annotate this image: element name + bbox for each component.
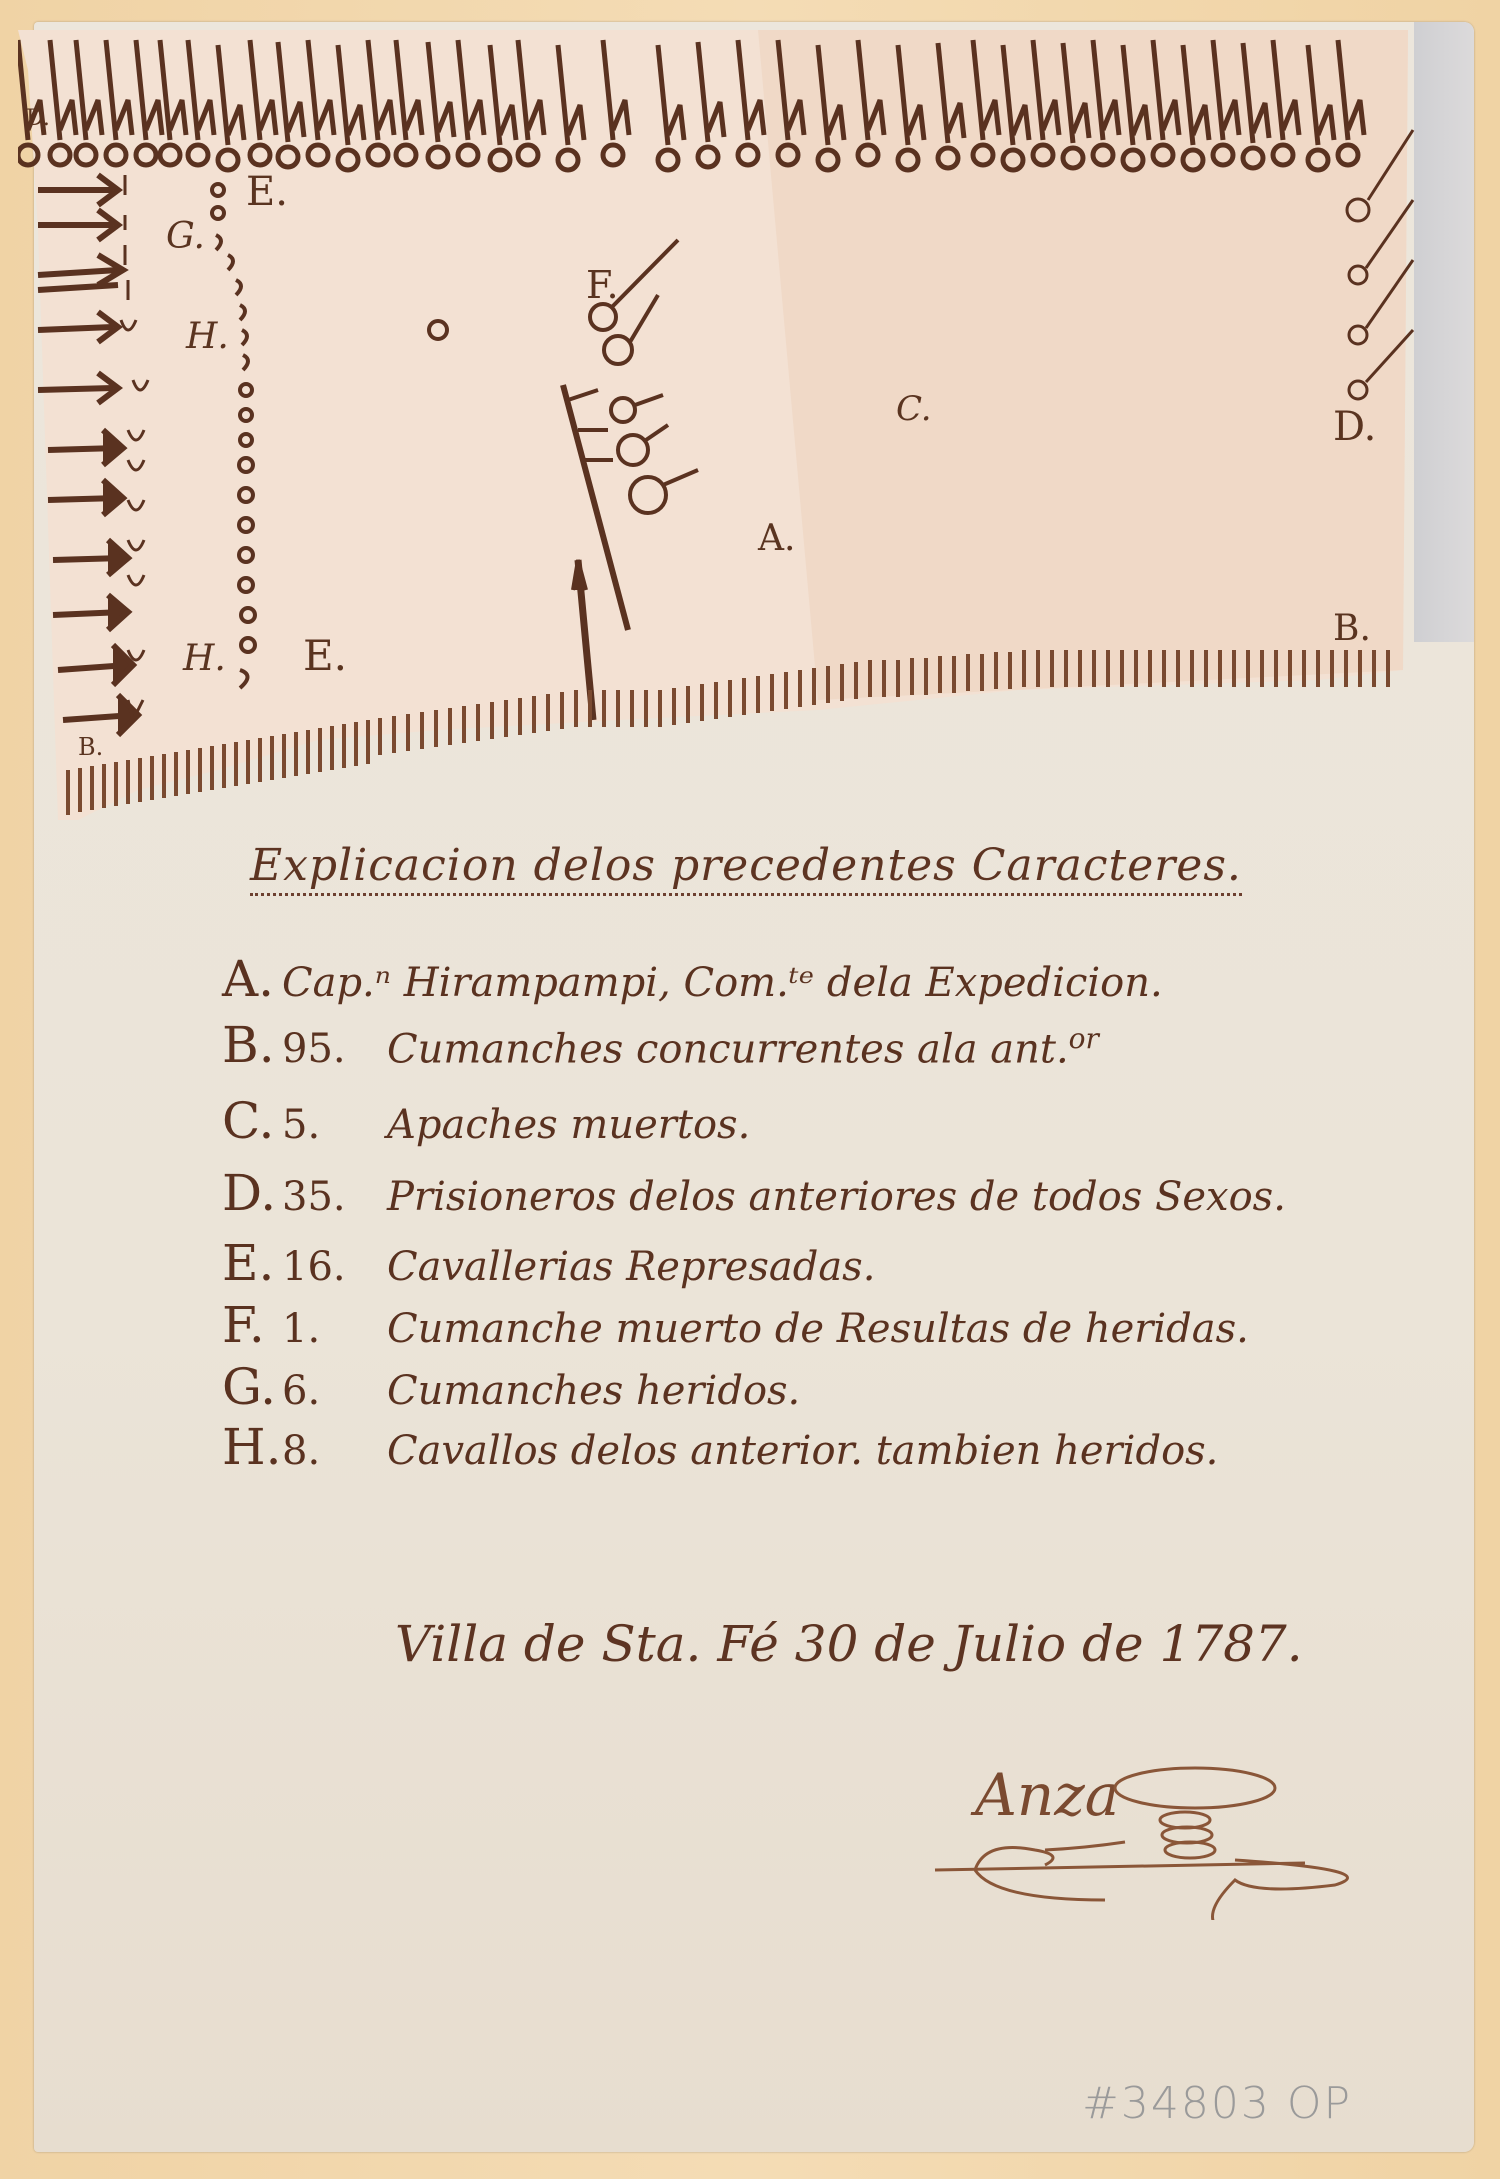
legend-letter: F.: [222, 1296, 282, 1354]
legend-description: Cumanches concurrentes ala ant.or: [387, 1022, 1099, 1072]
label-a: A.: [757, 518, 795, 559]
legend-description: Cap.ⁿ Hirampampi, Com.ᵗᵉ dela Expedicion…: [282, 960, 1163, 1006]
label-b-left: B.: [78, 733, 103, 761]
legend-row-f: F. 1. Cumanche muerto de Resultas de her…: [222, 1296, 1442, 1354]
dateline: Villa de Sta. Fé 30 de Julio de 1787.: [395, 1615, 1303, 1673]
legend-count: 1.: [282, 1306, 387, 1352]
legend-row-a: A. Cap.ⁿ Hirampampi, Com.ᵗᵉ dela Expedic…: [222, 950, 1442, 1008]
legend-letter: E.: [222, 1234, 282, 1292]
legend-description: Cumanches heridos.: [387, 1368, 800, 1414]
label-e-bottom: E.: [303, 631, 347, 680]
legend-description: Apaches muertos.: [387, 1102, 750, 1148]
legend-letter: C.: [222, 1092, 282, 1150]
legend-description: Cavallos delos anterior. tambien heridos…: [387, 1428, 1218, 1474]
battle-diagram: D. E. G. H. F. C. D. A. B. H. E. B.: [18, 30, 1418, 820]
legend-description: Cumanche muerto de Resultas de heridas.: [387, 1306, 1249, 1352]
label-e-top: E.: [246, 169, 288, 215]
legend-count: 16.: [282, 1244, 387, 1290]
legend-row-b: B. 95. Cumanches concurrentes ala ant.or: [222, 1016, 1442, 1074]
label-g: G.: [166, 216, 205, 257]
legend-row-g: G. 6. Cumanches heridos.: [222, 1358, 1442, 1416]
sheet-edge-shadow: [1414, 22, 1474, 642]
legend-key: A. Cap.ⁿ Hirampampi, Com.ᵗᵉ dela Expedic…: [222, 950, 1442, 1476]
legend-description-text: Cumanches concurrentes ala ant.: [387, 1026, 1069, 1072]
signature-name: Anza: [970, 1761, 1119, 1829]
label-h-lower: H.: [182, 638, 226, 679]
legend-letter: B.: [222, 1016, 282, 1074]
legend-superscript: or: [1069, 1022, 1099, 1055]
legend-count: 35.: [282, 1174, 387, 1220]
explanation-title: Explicacion delos precedentes Caracteres…: [250, 840, 1242, 891]
legend-letter: H.: [222, 1418, 282, 1476]
legend-row-c: C. 5. Apaches muertos.: [222, 1092, 1442, 1150]
legend-count: 8.: [282, 1428, 387, 1474]
legend-description: Cavallerias Represadas.: [387, 1244, 875, 1290]
label-h-upper: H.: [185, 316, 229, 357]
legend-letter: D.: [222, 1164, 282, 1222]
legend-count: 95.: [282, 1026, 387, 1072]
legend-description-text: Cavallos delos anterior. tambien heridos…: [387, 1428, 1218, 1474]
signature: Anza: [905, 1720, 1385, 1920]
label-f: F.: [586, 263, 619, 307]
label-d-right: D.: [1333, 404, 1376, 450]
label-c: C.: [896, 389, 932, 429]
legend-row-e: E. 16. Cavallerias Represadas.: [222, 1234, 1442, 1292]
legend-row-h: H. 8. Cavallos delos anterior. tambien h…: [222, 1418, 1442, 1476]
legend-count: 6.: [282, 1368, 387, 1414]
legend-row-d: D. 35. Prisioneros delos anteriores de t…: [222, 1164, 1442, 1222]
legend-count: 5.: [282, 1102, 387, 1148]
catalog-number: #34803 OP: [1082, 2078, 1352, 2129]
legend-description: Prisioneros delos anteriores de todos Se…: [387, 1174, 1286, 1220]
legend-letter: A.: [222, 950, 282, 1008]
explanation-title-text: Explicacion delos precedentes Caracteres…: [250, 840, 1242, 896]
label-d-top-left: D.: [26, 106, 50, 131]
legend-letter: G.: [222, 1358, 282, 1416]
label-b-right: B.: [1333, 608, 1371, 649]
